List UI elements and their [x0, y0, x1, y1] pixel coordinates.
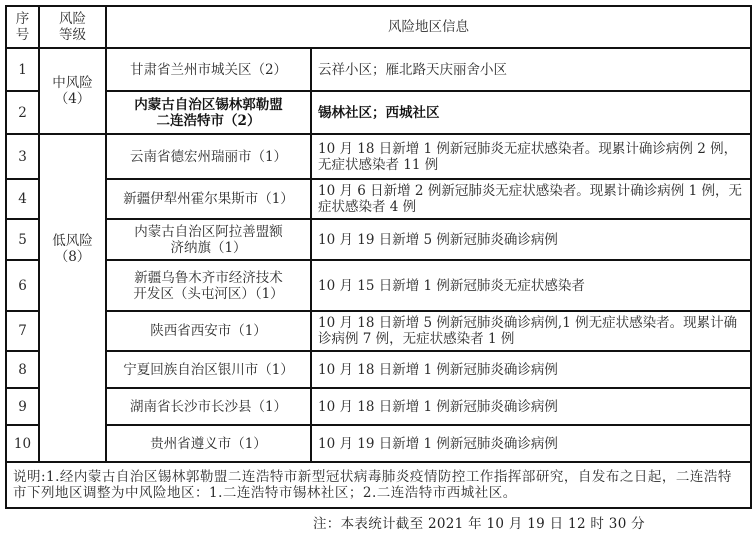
table-row: 3 低风险 （8） 云南省德宏州瑞丽市（1） 10 月 18 日新增 1 例新冠…	[6, 134, 751, 179]
row-info: 10 月 15 日新增 1 例新冠肺炎无症状感染者	[311, 260, 751, 311]
row-region: 甘肃省兰州市城关区（2）	[106, 48, 311, 91]
row-region: 内蒙古自治区锡林郭勒盟 二连浩特市（2）	[106, 91, 311, 134]
footer-note: 注：本表统计截至 2021 年 10 月 19 日 12 时 30 分	[313, 512, 645, 532]
row-num: 5	[6, 219, 39, 260]
table-header-row: 序 号 风险 等级 风险地区信息	[6, 6, 751, 48]
row-num: 8	[6, 351, 39, 388]
table-row: 4 新疆伊犁州霍尔果斯市（1） 10 月 6 日新增 2 例新冠肺炎无症状感染者…	[6, 179, 751, 219]
level-low: 低风险 （8）	[39, 134, 106, 462]
row-info: 10 月 18 日新增 1 例新冠肺炎确诊病例	[311, 388, 751, 425]
row-region: 陕西省西安市（1）	[106, 311, 311, 351]
table-row: 1 中风险 （4） 甘肃省兰州市城关区（2） 云祥小区；雁北路天庆丽舍小区	[6, 48, 751, 91]
row-num: 6	[6, 260, 39, 311]
header-level: 风险 等级	[39, 6, 106, 48]
row-info: 10 月 19 日新增 1 例新冠肺炎确诊病例	[311, 425, 751, 462]
row-region: 湖南省长沙市长沙县（1）	[106, 388, 311, 425]
table-row: 8 宁夏回族自治区银川市（1） 10 月 18 日新增 1 例新冠肺炎确诊病例	[6, 351, 751, 388]
row-num: 1	[6, 48, 39, 91]
row-info: 10 月 18 日新增 1 例新冠肺炎无症状感染者。现累计确诊病例 2 例，无症…	[311, 134, 751, 179]
row-info: 10 月 19 日新增 5 例新冠肺炎确诊病例	[311, 219, 751, 260]
row-num: 4	[6, 179, 39, 219]
note-text: 说明:1.经内蒙古自治区锡林郭勒盟二连浩特市新型冠状病毒肺炎疫情防控工作指挥部研…	[6, 462, 751, 508]
table-row: 2 内蒙古自治区锡林郭勒盟 二连浩特市（2） 锡林社区；西城社区	[6, 91, 751, 134]
row-region: 新疆乌鲁木齐市经济技术 开发区（头屯河区）（1）	[106, 260, 311, 311]
row-region: 新疆伊犁州霍尔果斯市（1）	[106, 179, 311, 219]
table-row: 6 新疆乌鲁木齐市经济技术 开发区（头屯河区）（1） 10 月 15 日新增 1…	[6, 260, 751, 311]
row-num: 7	[6, 311, 39, 351]
row-info: 10 月 18 日新增 5 例新冠肺炎确诊病例,1 例无症状感染者。现累计确诊病…	[311, 311, 751, 351]
row-region: 内蒙古自治区阿拉善盟额 济纳旗（1）	[106, 219, 311, 260]
header-num: 序 号	[6, 6, 39, 48]
row-num: 9	[6, 388, 39, 425]
row-num: 2	[6, 91, 39, 134]
row-info: 锡林社区；西城社区	[311, 91, 751, 134]
row-info: 10 月 6 日新增 2 例新冠肺炎无症状感染者。现累计确诊病例 1 例，无症状…	[311, 179, 751, 219]
row-region: 贵州省遵义市（1）	[106, 425, 311, 462]
row-region: 云南省德宏州瑞丽市（1）	[106, 134, 311, 179]
row-num: 3	[6, 134, 39, 179]
table-row: 10 贵州省遵义市（1） 10 月 19 日新增 1 例新冠肺炎确诊病例	[6, 425, 751, 462]
note-row: 说明:1.经内蒙古自治区锡林郭勒盟二连浩特市新型冠状病毒肺炎疫情防控工作指挥部研…	[6, 462, 751, 508]
table-row: 7 陕西省西安市（1） 10 月 18 日新增 5 例新冠肺炎确诊病例,1 例无…	[6, 311, 751, 351]
table-row: 9 湖南省长沙市长沙县（1） 10 月 18 日新增 1 例新冠肺炎确诊病例	[6, 388, 751, 425]
row-info: 云祥小区；雁北路天庆丽舍小区	[311, 48, 751, 91]
row-num: 10	[6, 425, 39, 462]
row-region: 宁夏回族自治区银川市（1）	[106, 351, 311, 388]
risk-area-table: 序 号 风险 等级 风险地区信息 1 中风险 （4） 甘肃省兰州市城关区（2） …	[5, 5, 752, 509]
row-info: 10 月 18 日新增 1 例新冠肺炎确诊病例	[311, 351, 751, 388]
table-row: 5 内蒙古自治区阿拉善盟额 济纳旗（1） 10 月 19 日新增 5 例新冠肺炎…	[6, 219, 751, 260]
level-medium: 中风险 （4）	[39, 48, 106, 134]
header-info: 风险地区信息	[106, 6, 751, 48]
